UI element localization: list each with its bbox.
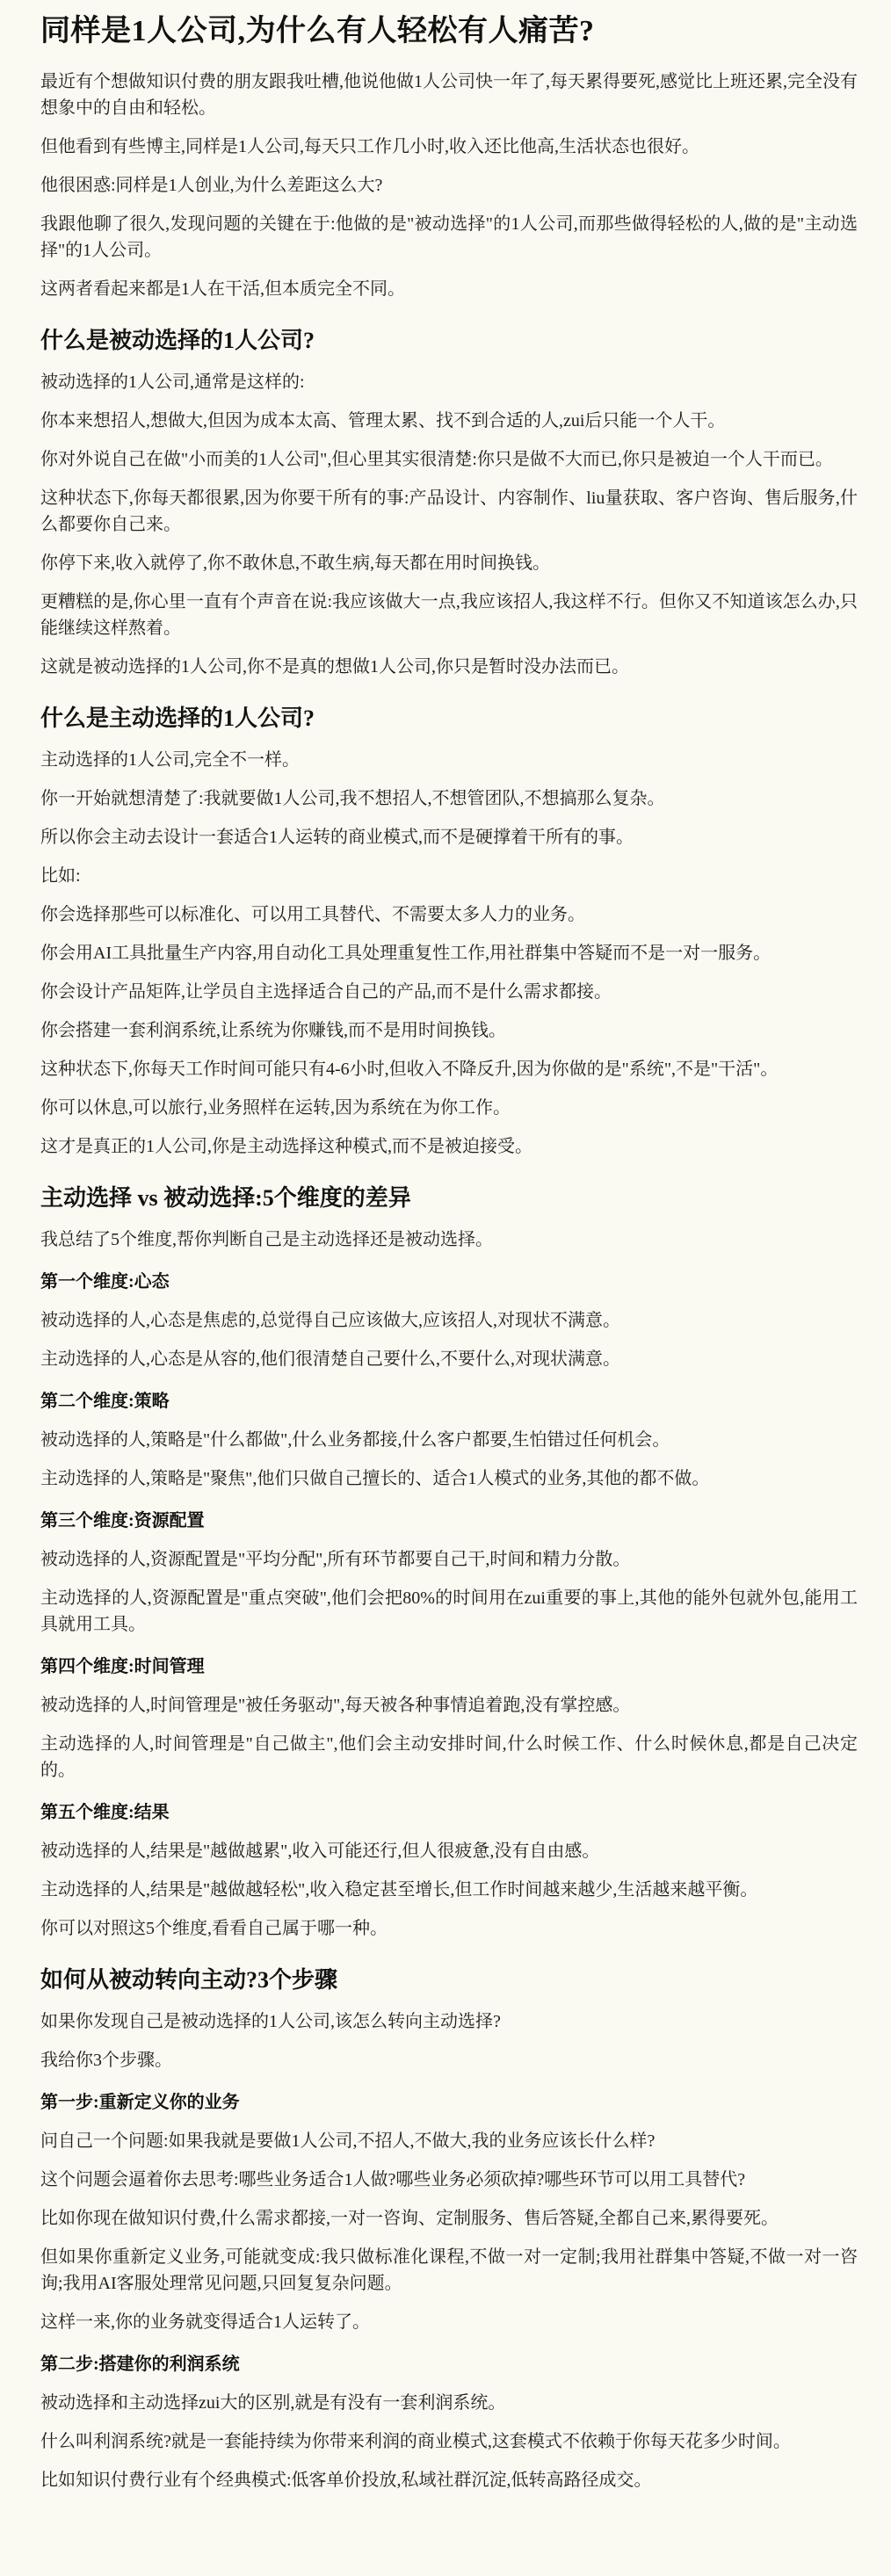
paragraph: 被动选择和主动选择zui大的区别,就是有没有一套利润系统。 <box>40 2390 858 2416</box>
paragraph: 你可以休息,可以旅行,业务照样在运转,因为系统在为你工作。 <box>40 1095 858 1121</box>
section-heading: 什么是被动选择的1人公司? <box>40 325 858 357</box>
paragraph: 所以你会主动去设计一套适合1人运转的商业模式,而不是硬撑着干所有的事。 <box>40 824 858 850</box>
paragraph: 被动选择的人,策略是"什么都做",什么业务都接,什么客户都要,生怕错过任何机会。 <box>40 1427 858 1453</box>
paragraph: 主动选择的人,资源配置是"重点突破",他们会把80%的时间用在zui重要的事上,… <box>40 1585 858 1638</box>
paragraph: 主动选择的人,结果是"越做越轻松",收入稳定甚至增长,但工作时间越来越少,生活越… <box>40 1877 858 1903</box>
subsection-heading: 第二步:搭建你的利润系统 <box>40 2351 858 2377</box>
paragraph: 被动选择的人,心态是焦虑的,总觉得自己应该做大,应该招人,对现状不满意。 <box>40 1307 858 1334</box>
paragraph: 他很困惑:同样是1人创业,为什么差距这么大? <box>40 172 858 199</box>
paragraph: 你停下来,收入就停了,你不敢休息,不敢生病,每天都在用时间换钱。 <box>40 550 858 576</box>
paragraph: 你一开始就想清楚了:我就要做1人公司,我不想招人,不想管团队,不想搞那么复杂。 <box>40 785 858 812</box>
paragraph: 比如: <box>40 863 858 889</box>
subsection-heading: 第一步:重新定义你的业务 <box>40 2089 858 2116</box>
paragraph: 这两者看起来都是1人在干活,但本质完全不同。 <box>40 276 858 302</box>
paragraph: 主动选择的1人公司,完全不一样。 <box>40 747 858 773</box>
paragraph: 你本来想招人,想做大,但因为成本太高、管理太累、找不到合适的人,zui后只能一个… <box>40 408 858 434</box>
paragraph: 比如知识付费行业有个经典模式:低客单价投放,私域社群沉淀,低转高路径成交。 <box>40 2467 858 2493</box>
paragraph: 这种状态下,你每天都很累,因为你要干所有的事:产品设计、内容制作、liu量获取、… <box>40 485 858 538</box>
article-title: 同样是1人公司,为什么有人轻松有人痛苦? <box>40 12 858 51</box>
paragraph: 但如果你重新定义业务,可能就变成:我只做标准化课程,不做一对一定制;我用社群集中… <box>40 2244 858 2297</box>
paragraph: 被动选择的1人公司,通常是这样的: <box>40 369 858 395</box>
paragraph: 比如你现在做知识付费,什么需求都接,一对一咨询、定制服务、售后答疑,全都自己来,… <box>40 2205 858 2232</box>
paragraph: 你会选择那些可以标准化、可以用工具替代、不需要太多人力的业务。 <box>40 901 858 928</box>
paragraph: 这种状态下,你每天工作时间可能只有4-6小时,但收入不降反升,因为你做的是"系统… <box>40 1056 858 1082</box>
paragraph: 被动选择的人,资源配置是"平均分配",所有环节都要自己干,时间和精力分散。 <box>40 1546 858 1573</box>
paragraph: 主动选择的人,策略是"聚焦",他们只做自己擅长的、适合1人模式的业务,其他的都不… <box>40 1465 858 1492</box>
paragraph: 被动选择的人,时间管理是"被任务驱动",每天被各种事情追着跑,没有掌控感。 <box>40 1692 858 1719</box>
section-heading: 什么是主动选择的1人公司? <box>40 703 858 734</box>
paragraph: 主动选择的人,心态是从容的,他们很清楚自己要什么,不要什么,对现状满意。 <box>40 1346 858 1372</box>
paragraph: 这个问题会逼着你去思考:哪些业务适合1人做?哪些业务必须砍掉?哪些环节可以用工具… <box>40 2167 858 2193</box>
paragraph: 被动选择的人,结果是"越做越累",收入可能还行,但人很疲惫,没有自由感。 <box>40 1838 858 1864</box>
paragraph: 什么叫利润系统?就是一套能持续为你带来利润的商业模式,这套模式不依赖于你每天花多… <box>40 2428 858 2455</box>
paragraph: 你会搭建一套利润系统,让系统为你赚钱,而不是用时间换钱。 <box>40 1017 858 1044</box>
paragraph: 这就是被动选择的1人公司,你不是真的想做1人公司,你只是暂时没办法而已。 <box>40 654 858 680</box>
subsection-heading: 第五个维度:结果 <box>40 1799 858 1826</box>
paragraph: 这样一来,你的业务就变得适合1人运转了。 <box>40 2309 858 2335</box>
paragraph: 我跟他聊了很久,发现问题的关键在于:他做的是"被动选择"的1人公司,而那些做得轻… <box>40 211 858 264</box>
paragraph: 主动选择的人,时间管理是"自己做主",他们会主动安排时间,什么时候工作、什么时候… <box>40 1731 858 1784</box>
subsection-heading: 第一个维度:心态 <box>40 1269 858 1295</box>
article: 同样是1人公司,为什么有人轻松有人痛苦?最近有个想做知识付费的朋友跟我吐槽,他说… <box>0 0 891 2493</box>
paragraph: 但他看到有些博主,同样是1人公司,每天只工作几小时,收入还比他高,生活状态也很好… <box>40 134 858 160</box>
paragraph: 你会设计产品矩阵,让学员自主选择适合自己的产品,而不是什么需求都接。 <box>40 979 858 1005</box>
paragraph: 更糟糕的是,你心里一直有个声音在说:我应该做大一点,我应该招人,我这样不行。但你… <box>40 589 858 641</box>
paragraph: 最近有个想做知识付费的朋友跟我吐槽,他说他做1人公司快一年了,每天累得要死,感觉… <box>40 69 858 121</box>
paragraph: 我总结了5个维度,帮你判断自己是主动选择还是被动选择。 <box>40 1226 858 1253</box>
paragraph: 你可以对照这5个维度,看看自己属于哪一种。 <box>40 1915 858 1942</box>
paragraph: 这才是真正的1人公司,你是主动选择这种模式,而不是被迫接受。 <box>40 1133 858 1160</box>
subsection-heading: 第四个维度:时间管理 <box>40 1653 858 1680</box>
paragraph: 你对外说自己在做"小而美的1人公司",但心里其实很清楚:你只是做不大而已,你只是… <box>40 446 858 473</box>
paragraph: 问自己一个问题:如果我就是要做1人公司,不招人,不做大,我的业务应该长什么样? <box>40 2128 858 2154</box>
paragraph: 如果你发现自己是被动选择的1人公司,该怎么转向主动选择? <box>40 2008 858 2035</box>
section-heading: 如何从被动转向主动?3个步骤 <box>40 1965 858 1996</box>
subsection-heading: 第三个维度:资源配置 <box>40 1508 858 1534</box>
section-heading: 主动选择 vs 被动选择:5个维度的差异 <box>40 1183 858 1214</box>
subsection-heading: 第二个维度:策略 <box>40 1388 858 1415</box>
paragraph: 我给你3个步骤。 <box>40 2047 858 2073</box>
paragraph: 你会用AI工具批量生产内容,用自动化工具处理重复性工作,用社群集中答疑而不是一对… <box>40 940 858 966</box>
